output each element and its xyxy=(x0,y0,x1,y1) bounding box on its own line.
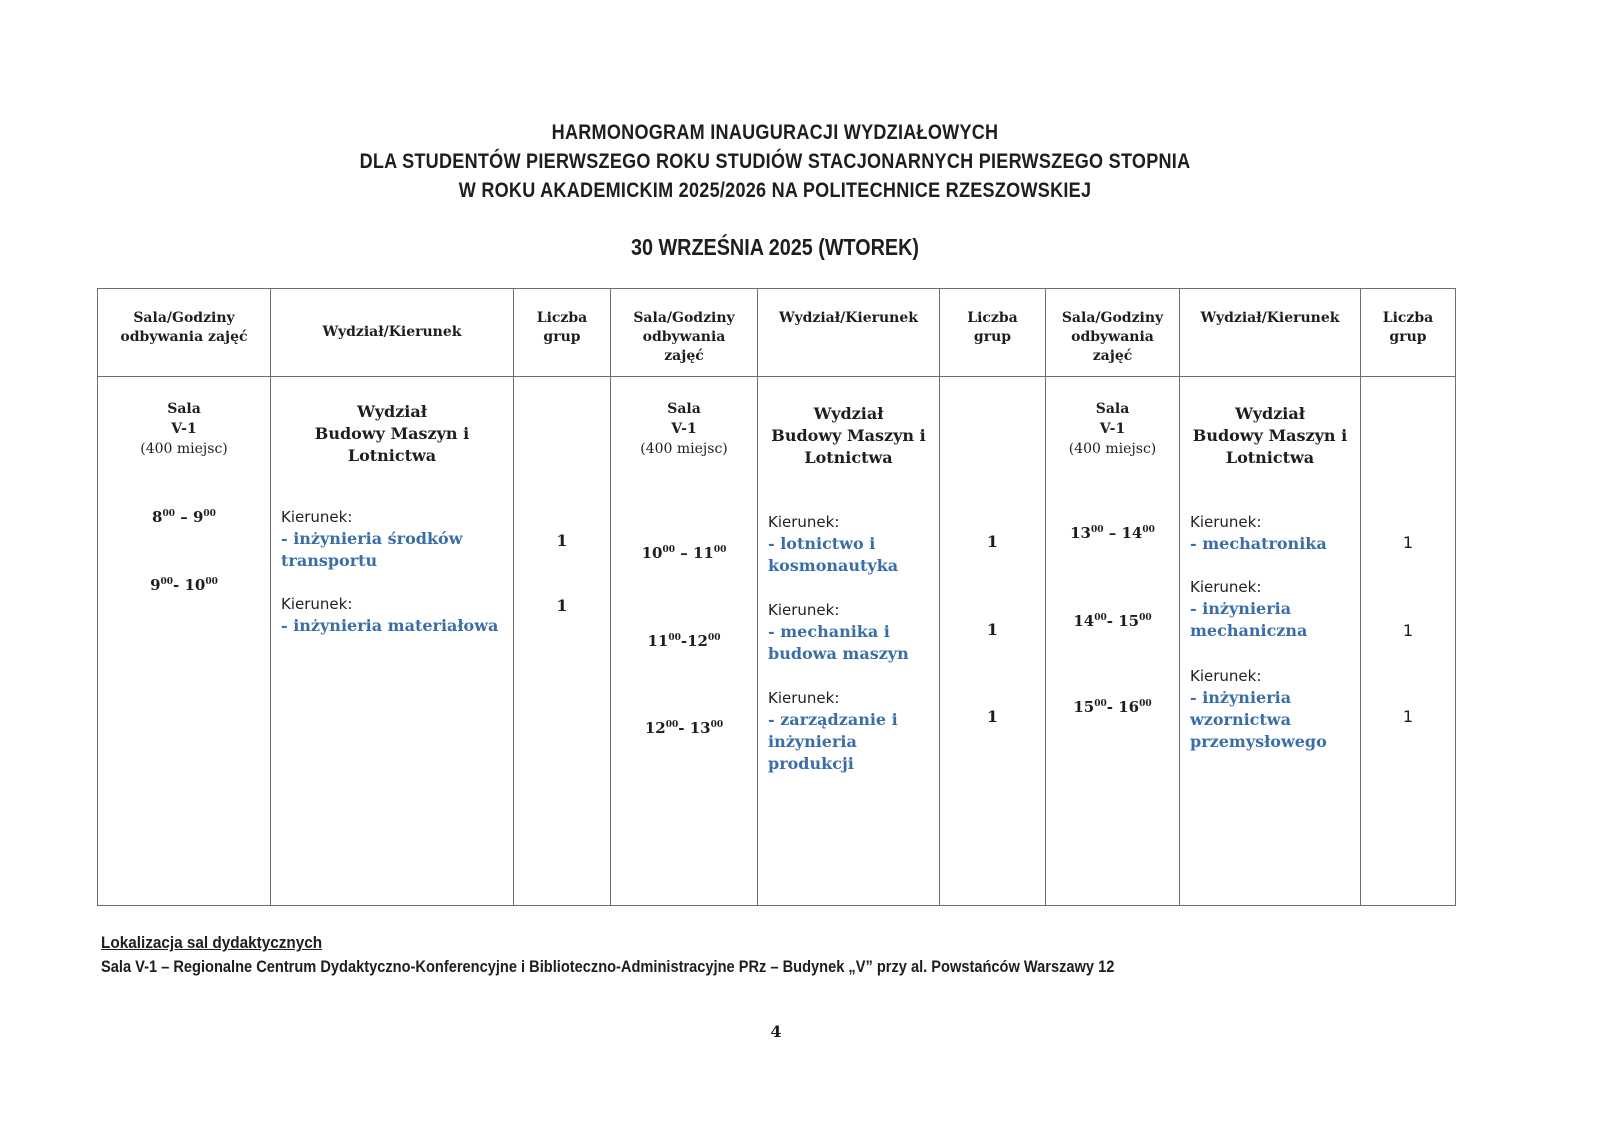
faculty-cell: Wydział Budowy Maszyn i Lotnictwa Kierun… xyxy=(758,377,940,906)
faculty-cell: Wydział Budowy Maszyn i Lotnictwa Kierun… xyxy=(271,377,514,906)
groups-cell: 1 1 1 xyxy=(940,377,1046,906)
group-count: 1 xyxy=(1361,707,1455,726)
time-slot: 1400- 1500 xyxy=(1046,611,1179,631)
program-entry: Kierunek:- inżynieria wzornictwa przemys… xyxy=(1190,665,1354,753)
group-count: 1 xyxy=(514,596,610,615)
document-title: HARMONOGRAM INAUGURACJI WYDZIAŁOWYCH DLA… xyxy=(109,118,1442,205)
time-slot: 1300 – 1400 xyxy=(1046,523,1179,543)
group-count: 1 xyxy=(514,531,610,550)
room-hours-cell: Sala V-1 (400 miejsc) 800 – 900 900- 100… xyxy=(98,377,271,906)
room-location: Sala V-1 – Regionalne Centrum Dydaktyczn… xyxy=(101,957,1114,977)
room-hours-cell: Sala V-1 (400 miejsc) 1300 – 1400 1400- … xyxy=(1046,377,1180,906)
program-entry: Kierunek:- inżynieria mechaniczna xyxy=(1190,576,1354,642)
group-count: 1 xyxy=(940,707,1045,726)
group-count: 1 xyxy=(1361,533,1455,552)
time-slot: 1500- 1600 xyxy=(1046,697,1179,717)
header-room-hours: Sala/Godzinyodbywaniazajęć xyxy=(611,289,758,377)
room-info: Sala V-1 (400 miejsc) xyxy=(98,377,270,459)
header-faculty: Wydział/Kierunek xyxy=(1180,289,1361,377)
faculty-cell: Wydział Budowy Maszyn i Lotnictwa Kierun… xyxy=(1180,377,1361,906)
room-info: Sala V-1 (400 miejsc) xyxy=(611,377,757,459)
program-entry: Kierunek:- mechatronika xyxy=(1190,511,1354,555)
time-slot: 1000 – 1100 xyxy=(611,543,757,563)
header-room-hours: Sala/Godzinyodbywaniazajęć xyxy=(1046,289,1180,377)
faculty-name: Wydział Budowy Maszyn i Lotnictwa xyxy=(1180,377,1360,469)
time-slot: 1100-1200 xyxy=(611,631,757,651)
title-line-3: W ROKU AKADEMICKIM 2025/2026 NA POLITECH… xyxy=(109,176,1442,205)
header-groups: Liczbagrup xyxy=(940,289,1046,377)
schedule-row: Sala V-1 (400 miejsc) 800 – 900 900- 100… xyxy=(98,377,1456,906)
groups-cell: 1 1 1 xyxy=(1361,377,1456,906)
faculty-name: Wydział Budowy Maszyn i Lotnictwa xyxy=(758,377,939,469)
time-slot: 1200- 1300 xyxy=(611,718,757,738)
group-count: 1 xyxy=(1361,621,1455,640)
event-date: 30 WRZEŚNIA 2025 (WTOREK) xyxy=(109,232,1442,262)
program-entry: Kierunek:- inżynieria środków transportu xyxy=(281,506,507,572)
group-count: 1 xyxy=(940,620,1045,639)
faculty-name: Wydział Budowy Maszyn i Lotnictwa xyxy=(271,377,513,467)
program-entry: Kierunek:- lotnictwo i kosmonautyka xyxy=(768,511,933,577)
program-entry: Kierunek:- inżynieria materiałowa xyxy=(281,593,507,637)
groups-cell: 1 1 xyxy=(514,377,611,906)
schedule-table: Sala/Godziny odbywania zajęć Wydział/Kie… xyxy=(97,288,1456,906)
program-entry: Kierunek:- mechanika i budowa maszyn xyxy=(768,599,933,665)
time-slot: 900- 1000 xyxy=(98,575,270,595)
title-line-2: DLA STUDENTÓW PIERWSZEGO ROKU STUDIÓW ST… xyxy=(109,147,1442,176)
header-groups: Liczbagrup xyxy=(1361,289,1456,377)
header-groups: Liczbagrup xyxy=(514,289,611,377)
header-faculty: Wydział/Kierunek xyxy=(758,289,940,377)
time-slot: 800 – 900 xyxy=(98,507,270,527)
header-faculty: Wydział/Kierunek xyxy=(271,289,514,377)
program-entry: Kierunek:- zarządzanie i inżynieria prod… xyxy=(768,687,933,775)
room-info: Sala V-1 (400 miejsc) xyxy=(1046,377,1179,459)
locations-heading: Lokalizacja sal dydaktycznych xyxy=(101,933,322,953)
header-row: Sala/Godziny odbywania zajęć Wydział/Kie… xyxy=(98,289,1456,377)
title-line-1: HARMONOGRAM INAUGURACJI WYDZIAŁOWYCH xyxy=(109,118,1442,147)
header-room-hours: Sala/Godziny odbywania zajęć xyxy=(98,289,271,377)
group-count: 1 xyxy=(940,532,1045,551)
room-hours-cell: Sala V-1 (400 miejsc) 1000 – 1100 1100-1… xyxy=(611,377,758,906)
page-number: 4 xyxy=(768,1022,784,1041)
